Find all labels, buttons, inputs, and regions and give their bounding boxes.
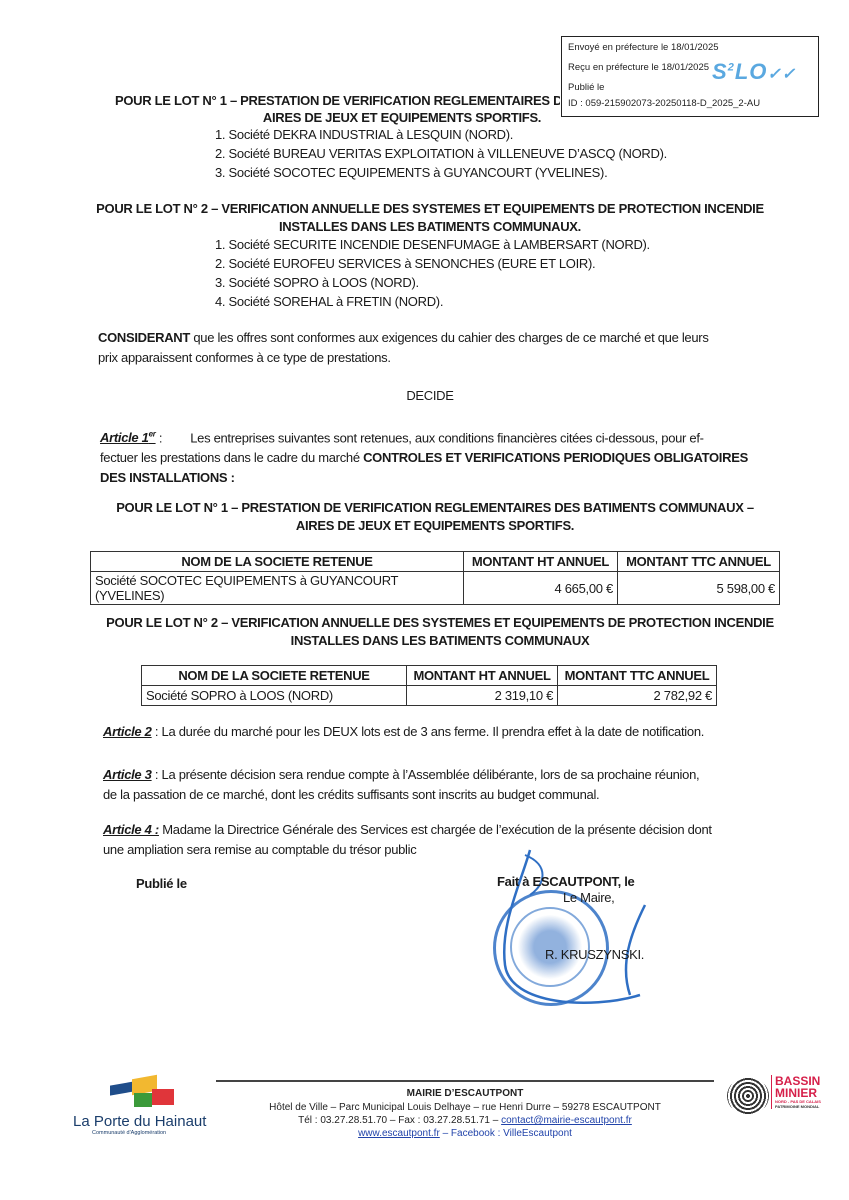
lot1-table-heading-line2: AIRES DE JEUX ET EQUIPEMENTS SPORTIFS.	[90, 518, 780, 533]
porte-du-hainaut-name: La Porte du Hainaut	[73, 1113, 206, 1130]
lot1-award-table: NOM DE LA SOCIETE RETENUE MONTANT HT ANN…	[90, 551, 780, 605]
decide-heading: DECIDE	[90, 386, 770, 406]
stamp-published: Publié le	[568, 82, 604, 93]
list-item: 2. Société BUREAU VERITAS EXPLOITATION à…	[215, 146, 667, 165]
list-item: 3. Société SOCOTEC EQUIPEMENTS à GUYANCO…	[215, 165, 667, 184]
lot2-heading: POUR LE LOT N° 2 – VERIFICATION ANNUELLE…	[90, 201, 770, 216]
bassin-minier-logo: BASSIN MINIER NORD - PAS DE CALAIS PATRI…	[771, 1075, 821, 1109]
lot2-heading-line2: INSTALLES DANS LES BATIMENTS COMMUNAUX.	[90, 219, 770, 234]
footer-contact: Tél : 03.27.28.51.70 – Fax : 03.27.28.51…	[216, 1115, 714, 1126]
table-row: Société SOCOTEC EQUIPEMENTS à GUYANCOURT…	[91, 572, 780, 605]
lot1-heading-line2: AIRES DE JEUX ET EQUIPEMENTS SPORTIFS.	[232, 110, 572, 125]
column-header: MONTANT TTC ANNUEL	[617, 552, 779, 572]
lot2-table-heading: POUR LE LOT N° 2 – VERIFICATION ANNUELLE…	[100, 615, 780, 630]
article-4: Article 4 : Madame la Directrice Général…	[103, 820, 793, 860]
table-row: Société SOPRO à LOOS (NORD) 2 319,10 € 2…	[142, 686, 717, 706]
footer-divider	[216, 1080, 714, 1082]
column-header: NOM DE LA SOCIETE RETENUE	[142, 666, 407, 686]
signature-scribble-icon	[470, 845, 670, 1015]
footer-address: Hôtel de Ville – Parc Municipal Louis De…	[216, 1102, 714, 1113]
lot1-table-heading: POUR LE LOT N° 1 – PRESTATION DE VERIFIC…	[90, 500, 780, 515]
lot1-heading: POUR LE LOT N° 1 – PRESTATION DE VERIFIC…	[100, 93, 815, 108]
list-item: 1. Société SECURITE INCENDIE DESENFUMAGE…	[215, 237, 650, 256]
lot2-award-table: NOM DE LA SOCIETE RETENUE MONTANT HT ANN…	[141, 665, 717, 706]
list-item: 2. Société EUROFEU SERVICES à SENONCHES …	[215, 256, 650, 275]
footer-title: MAIRIE D’ESCAUTPONT	[216, 1088, 714, 1099]
column-header: MONTANT HT ANNUEL	[407, 666, 558, 686]
considerant-paragraph: CONSIDERANT que les offres sont conforme…	[98, 328, 778, 368]
article-1: Article 1er :Les entreprises suivantes s…	[100, 425, 780, 488]
lot1-candidate-list: 1. Société DEKRA INDUSTRIAL à LESQUIN (N…	[215, 127, 667, 184]
list-item: 3. Société SOPRO à LOOS (NORD).	[215, 275, 650, 294]
published-label: Publié le	[136, 874, 187, 894]
footer-web: www.escautpont.fr – Facebook : VilleEsca…	[216, 1128, 714, 1139]
s2low-logo: S2LO✓✓	[712, 59, 796, 85]
email-link[interactable]: contact@mairie-escautpont.fr	[501, 1115, 632, 1126]
article-3: Article 3 : La présente décision sera re…	[103, 765, 793, 805]
lot2-table-heading-line2: INSTALLES DANS LES BATIMENTS COMMUNAUX	[100, 633, 780, 648]
list-item: 1. Société DEKRA INDUSTRIAL à LESQUIN (N…	[215, 127, 667, 146]
stamp-sent: Envoyé en préfecture le 18/01/2025	[568, 42, 719, 53]
facebook-text: – Facebook : VilleEscautpont	[440, 1128, 572, 1139]
website-link[interactable]: www.escautpont.fr	[358, 1128, 440, 1139]
signatory-name: R. KRUSZYNSKI.	[545, 945, 644, 965]
stamp-received: Reçu en préfecture le 18/01/2025	[568, 62, 709, 73]
bassin-minier-logo-icon	[727, 1077, 769, 1115]
column-header: MONTANT TTC ANNUEL	[558, 666, 717, 686]
lot2-candidate-list: 1. Société SECURITE INCENDIE DESENFUMAGE…	[215, 237, 650, 313]
list-item: 4. Société SOREHAL à FRETIN (NORD).	[215, 294, 650, 313]
article-2: Article 2 : La durée du marché pour les …	[103, 722, 793, 742]
column-header: MONTANT HT ANNUEL	[464, 552, 618, 572]
column-header: NOM DE LA SOCIETE RETENUE	[91, 552, 464, 572]
signature-role: Le Maire,	[563, 888, 615, 908]
porte-du-hainaut-logo-icon	[110, 1075, 185, 1110]
porte-du-hainaut-sub: Communauté d'Agglomération	[92, 1130, 166, 1136]
